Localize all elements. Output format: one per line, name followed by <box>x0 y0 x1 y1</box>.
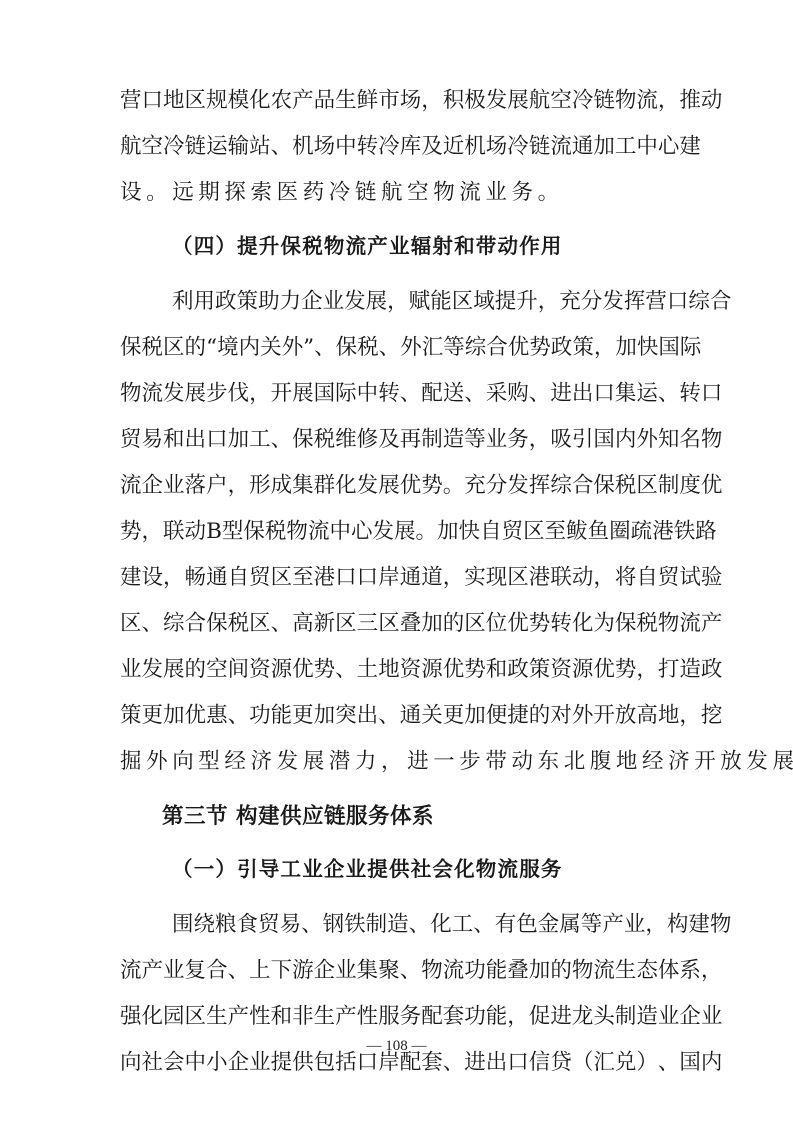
paragraph-line: 策更加优惠、功能更加突出、通关更加便捷的对外开放高地，挖 <box>120 701 673 731</box>
paragraph-line: 强化园区生产性和非生产性服务配套功能，促进龙头制造业企业 <box>120 1002 673 1032</box>
section-heading: 第三节 构建供应链服务体系 <box>162 802 434 832</box>
paragraph-line: 流产业复合、上下游企业集聚、物流功能叠加的物流生态体系， <box>120 956 673 986</box>
paragraph-line: 区、综合保税区、高新区三区叠加的区位优势转化为保税物流产 <box>120 609 673 639</box>
paragraph-line: 流企业落户，形成集群化发展优势。充分发挥综合保税区制度优 <box>120 471 673 501</box>
paragraph-line: 业发展的空间资源优势、土地资源优势和政策资源优势，打造政 <box>120 655 673 685</box>
paragraph-line: 势，联动B型保税物流中心发展。加快自贸区至鲅鱼圈疏港铁路 <box>120 517 673 547</box>
paragraph-line: 掘外向型经济发展潜力，进一步带动东北腹地经济开放发展。 <box>120 747 673 777</box>
paragraph-line: 物流发展步伐，开展国际中转、配送、采购、进出口集运、转口 <box>120 379 673 409</box>
subsection-heading: （一）引导工业企业提供社会化物流服务 <box>172 854 563 884</box>
paragraph-line: 建设，畅通自贸区至港口口岸通道，实现区港联动，将自贸试验 <box>120 563 673 593</box>
paragraph-line: 保税区的“境内关外”、保税、外汇等综合优势政策，加快国际 <box>120 333 673 363</box>
paragraph-line: 利用政策助力企业发展，赋能区域提升，充分发挥营口综合 <box>172 287 673 317</box>
paragraph-line: 贸易和出口加工、保税维修及再制造等业务，吸引国内外知名物 <box>120 425 673 455</box>
paragraph-line: 航空冷链运输站、机场中转冷库及近机场冷链流通加工中心建 <box>120 132 673 162</box>
subsection-heading: （四）提升保税物流产业辐射和带动作用 <box>172 231 563 261</box>
paragraph-line: 设。远期探索医药冷链航空物流业务。 <box>120 178 673 208</box>
paragraph-line: 围绕粮食贸易、钢铁制造、化工、有色金属等产业，构建物 <box>172 910 673 940</box>
page-number: — 108 — <box>0 1037 793 1055</box>
paragraph-line: 营口地区规模化农产品生鲜市场，积极发展航空冷链物流，推动 <box>120 86 673 116</box>
